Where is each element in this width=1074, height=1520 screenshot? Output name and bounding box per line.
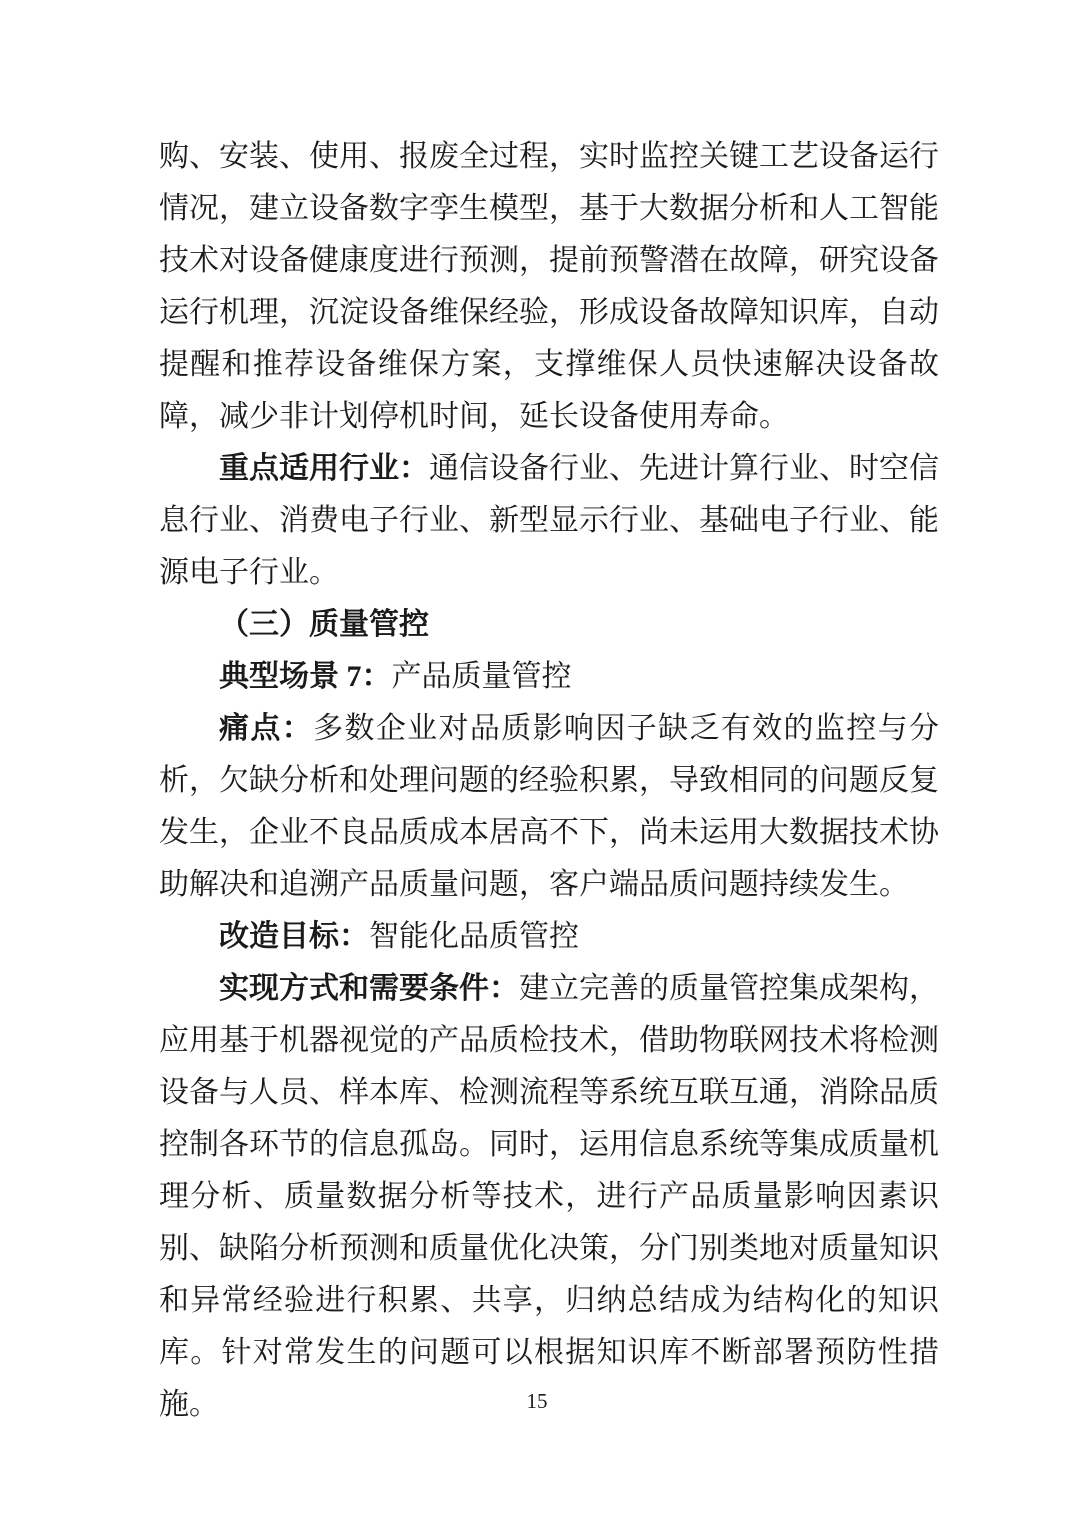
paragraph-equipment-lifecycle: 购、安装、使用、报废全过程，实时监控关键工艺设备运行情况，建立设备数字孪生模型，… [159, 131, 939, 443]
paragraph-transformation-goal: 改造目标：智能化品质管控 [159, 911, 939, 963]
paragraph-implementation: 实现方式和需要条件：建立完善的质量管控集成架构，应用基于机器视觉的产品质检技术，… [159, 963, 939, 1431]
implementation-text: 建立完善的质量管控集成架构，应用基于机器视觉的产品质检技术，借助物联网技术将检测… [159, 972, 939, 1421]
section-heading-quality-control: （三）质量管控 [159, 599, 939, 651]
transformation-goal-label: 改造目标： [219, 920, 369, 953]
document-page: 购、安装、使用、报废全过程，实时监控关键工艺设备运行情况，建立设备数字孪生模型，… [0, 0, 1074, 1520]
implementation-label: 实现方式和需要条件： [219, 972, 519, 1005]
page-number: 15 [0, 1388, 1074, 1414]
paragraph-pain-points: 痛点：多数企业对品质影响因子缺乏有效的监控与分析，欠缺分析和处理问题的经验积累，… [159, 703, 939, 911]
paragraph-typical-scenario-7: 典型场景 7：产品质量管控 [159, 651, 939, 703]
paragraph-key-industries: 重点适用行业：通信设备行业、先进计算行业、时空信息行业、消费电子行业、新型显示行… [159, 443, 939, 599]
transformation-goal-text: 智能化品质管控 [369, 920, 579, 953]
key-industries-label: 重点适用行业： [219, 452, 429, 485]
pain-points-label: 痛点： [219, 712, 313, 745]
typical-scenario-label: 典型场景 7： [219, 660, 392, 693]
document-body: 购、安装、使用、报废全过程，实时监控关键工艺设备运行情况，建立设备数字孪生模型，… [159, 131, 939, 1431]
typical-scenario-text: 产品质量管控 [392, 660, 572, 693]
paragraph-equipment-lifecycle-text: 购、安装、使用、报废全过程，实时监控关键工艺设备运行情况，建立设备数字孪生模型，… [159, 140, 939, 433]
